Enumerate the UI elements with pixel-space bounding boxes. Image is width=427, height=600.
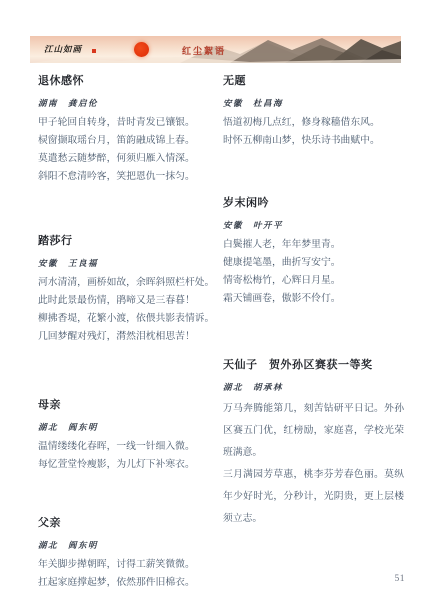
poem-title: 母亲 xyxy=(38,396,219,412)
poem-author: 安徽 王良福 xyxy=(38,257,219,269)
poetry-journal-page: 江山如画 红尘絮语 退休感怀 湖南 龚启伦 甲子轮回自转身，昔时青发已镶银。 棂… xyxy=(0,0,427,600)
poem-title: 父亲 xyxy=(38,514,219,530)
poem-line: 此时此景最伤情，鹃啼又是三春暮！ xyxy=(38,292,219,310)
poem-line: 悟道初梅几点红，修身稼穑借东风。 xyxy=(223,114,404,132)
poem-line: 健康提笔墨，曲折写安宁。 xyxy=(223,254,404,272)
banner-calligraphy: 江山如画 xyxy=(44,43,82,55)
poem-tian-xian-zi: 天仙子 贺外孙区赛获一等奖 湖北 胡承林 万马奔腾能第几，刻苦钻研平日记。外孙区… xyxy=(223,356,404,530)
poem-author: 湖南 龚启伦 xyxy=(38,97,219,109)
poem-retirement-reflections: 退休感怀 湖南 龚启伦 甲子轮回自转身，昔时青发已镶银。 棂窗撷取瑶台月，笛韵融… xyxy=(38,72,219,186)
poem-mother: 母亲 湖北 阎东明 温情缕缕化春晖，一线一针细入微。 每忆萱堂怜瘦影，为儿灯下补… xyxy=(38,396,219,474)
right-column: 无题 安徽 杜昌海 悟道初梅几点红，修身稼穑借东风。 时怀五柳南山梦，快乐诗书曲… xyxy=(223,72,404,592)
poem-line: 扛起家庭撑起梦，依然那件旧棉衣。 xyxy=(38,574,219,592)
poem-line: 河水清清，画桥如故，余晖斜照栏杆处。 xyxy=(38,274,219,292)
poem-author: 湖北 阎东明 xyxy=(38,421,219,433)
poem-line: 霜天铺画卷，傲影不伶仃。 xyxy=(223,290,404,308)
sun-icon xyxy=(134,42,149,57)
poem-title: 天仙子 贺外孙区赛获一等奖 xyxy=(223,356,404,372)
header-banner: 江山如画 红尘絮语 xyxy=(30,36,401,63)
poem-title: 退休感怀 xyxy=(38,72,219,88)
poem-line: 情寄松梅竹，心辉日月星。 xyxy=(223,272,404,290)
poem-year-end-chant: 岁末闲吟 安徽 叶开平 白鬓摧人老，年年梦里青。 健康提笔墨，曲折写安宁。 情寄… xyxy=(223,194,404,308)
poem-line: 每忆萱堂怜瘦影，为儿灯下补寒衣。 xyxy=(38,456,219,474)
poem-paragraph: 三月满园芳草惠，桃李芬芳春色丽。莫纵年少好时光，分秒计，光阴贵，更上层楼须立志。 xyxy=(223,464,404,530)
poem-line: 时怀五柳南山梦，快乐诗书曲赋中。 xyxy=(223,132,404,150)
poem-line: 莫遣愁云随梦醉，何须归雁入情深。 xyxy=(38,150,219,168)
poem-title: 无题 xyxy=(223,72,404,88)
poem-title: 岁末闲吟 xyxy=(223,194,404,210)
poem-line: 甲子轮回自转身，昔时青发已镶银。 xyxy=(38,114,219,132)
poem-line: 柳拂香堤，花繁小渡，依偎共影表情诉。 xyxy=(38,310,219,328)
poem-paragraph: 万马奔腾能第几，刻苦钻研平日记。外孙区赛五门优，红榜励，家庭喜，学校光荣班满意。 xyxy=(223,398,404,464)
left-column: 退休感怀 湖南 龚启伦 甲子轮回自转身，昔时青发已镶银。 棂窗撷取瑶台月，笛韵融… xyxy=(38,72,219,592)
poem-father: 父亲 湖北 阎东明 年关脚步撵朝晖，讨得工薪笑微微。 扛起家庭撑起梦，依然那件旧… xyxy=(38,514,219,592)
poem-line: 白鬓摧人老，年年梦里青。 xyxy=(223,236,404,254)
poem-line: 几回梦醒对残灯，潸然泪枕相思苦！ xyxy=(38,328,219,346)
banner-section-title: 红尘絮语 xyxy=(182,44,226,57)
poem-author: 安徽 杜昌海 xyxy=(223,97,404,109)
poem-untitled: 无题 安徽 杜昌海 悟道初梅几点红，修身稼穑借东风。 时怀五柳南山梦，快乐诗书曲… xyxy=(223,72,404,150)
poem-line: 年关脚步撵朝晖，讨得工薪笑微微。 xyxy=(38,556,219,574)
poem-author: 安徽 叶开平 xyxy=(223,219,404,231)
poem-line: 温情缕缕化春晖，一线一针细入微。 xyxy=(38,438,219,456)
poem-line: 斜阳不怠清吟客，笑把恩仇一抹匀。 xyxy=(38,168,219,186)
page-number: 51 xyxy=(395,574,406,584)
poem-author: 湖北 胡承林 xyxy=(223,381,404,393)
poem-columns: 退休感怀 湖南 龚启伦 甲子轮回自转身，昔时青发已镶银。 棂窗撷取瑶台月，笛韵融… xyxy=(38,72,404,592)
poem-title: 踏莎行 xyxy=(38,232,219,248)
poem-line: 棂窗撷取瑶台月，笛韵融成锦上春。 xyxy=(38,132,219,150)
poem-ta-suo-xing: 踏莎行 安徽 王良福 河水清清，画桥如故，余晖斜照栏杆处。 此时此景最伤情，鹃啼… xyxy=(38,232,219,346)
red-seal-icon xyxy=(92,49,96,53)
poem-author: 湖北 阎东明 xyxy=(38,539,219,551)
